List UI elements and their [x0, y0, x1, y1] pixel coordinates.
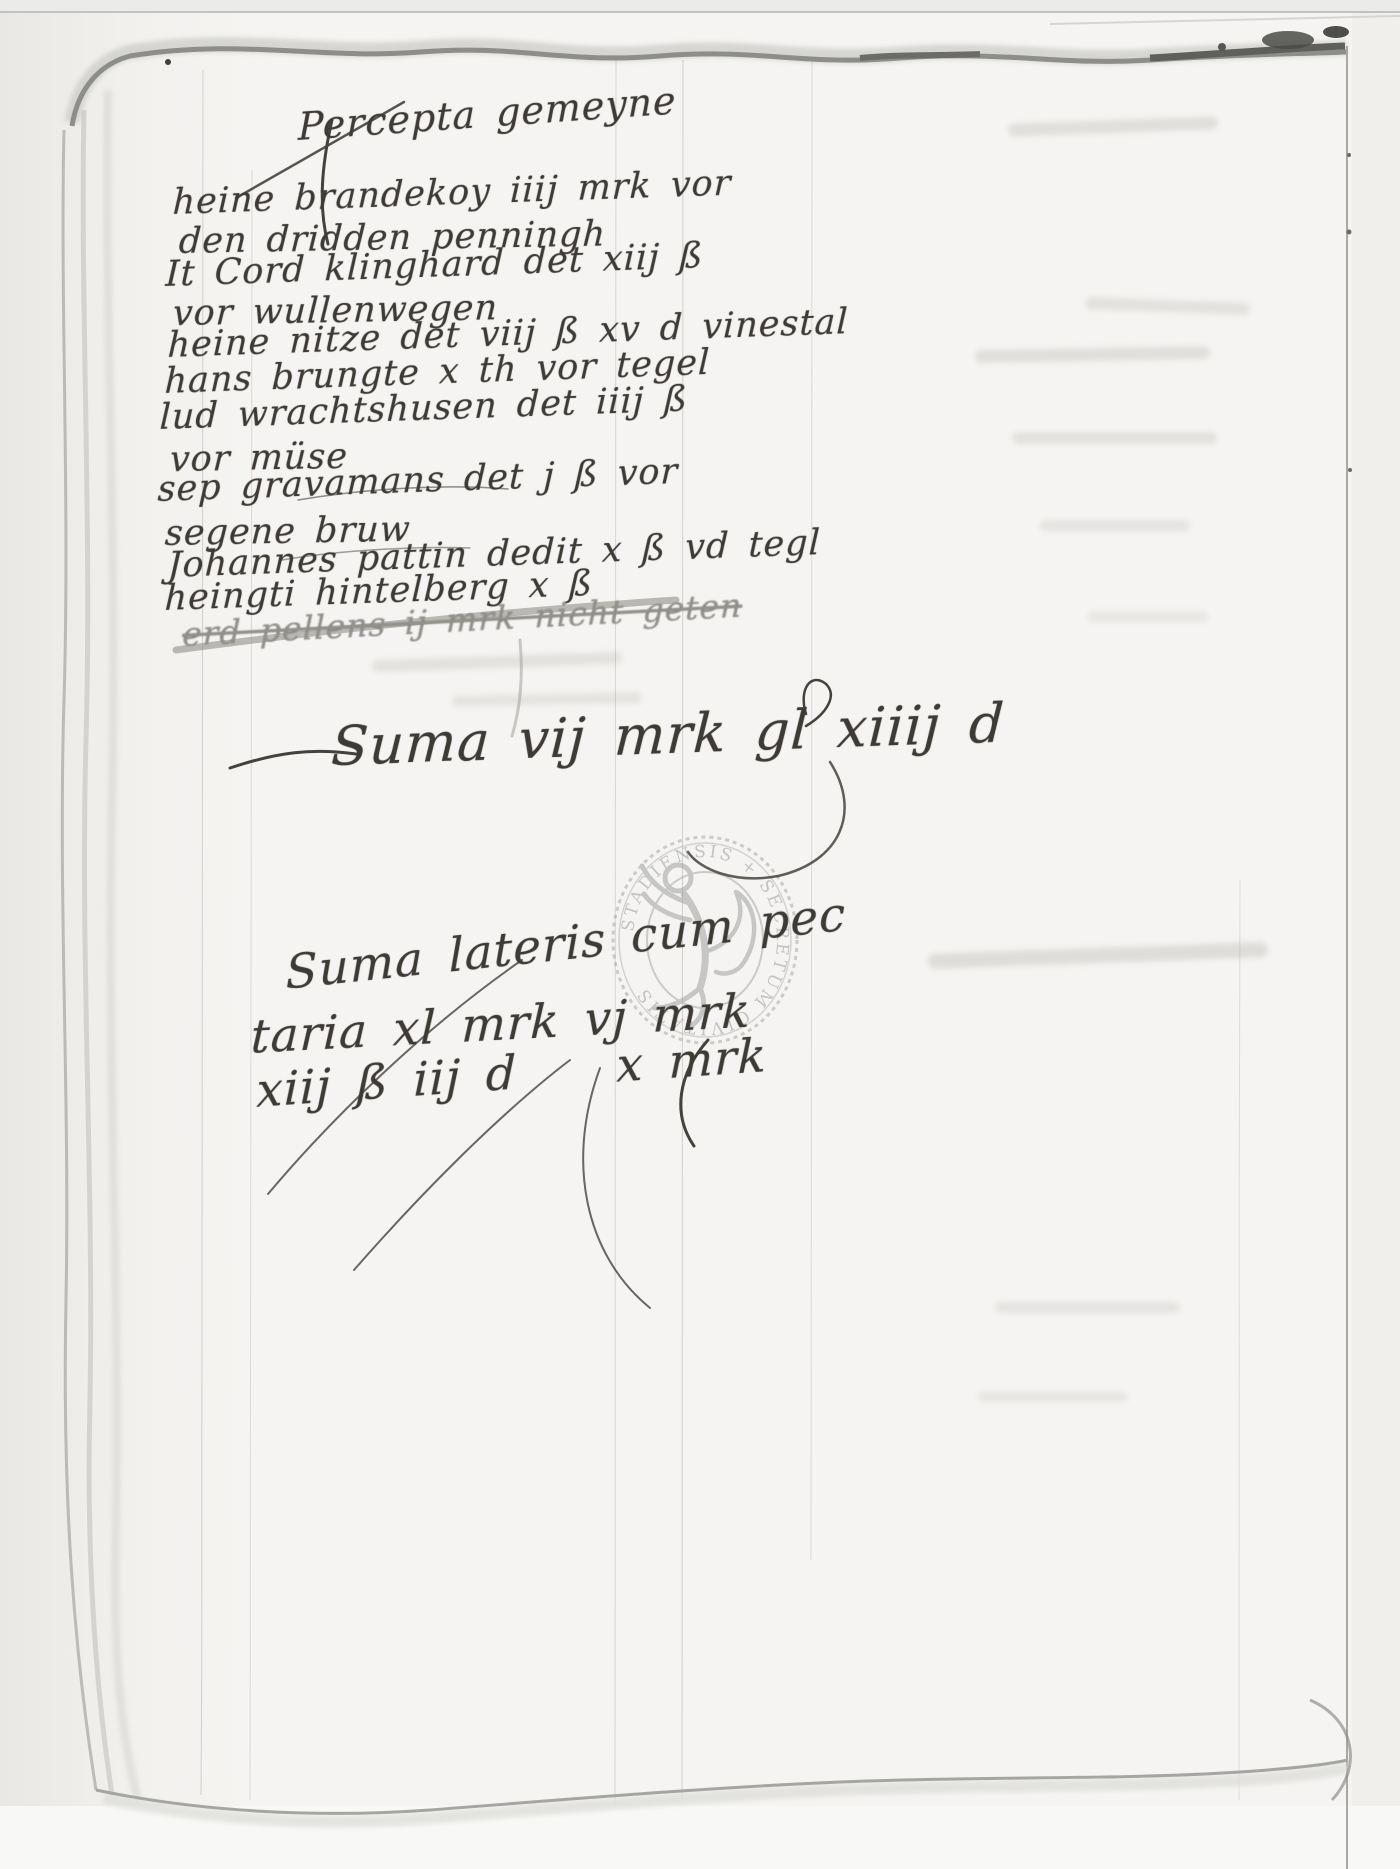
manuscript-line: heine brandekoy iiij mrk vor: [172, 166, 732, 221]
summa-line: Suma vij mrk gl xiiij d: [330, 696, 1006, 774]
manuscript-heading: Percepta gemeyne: [298, 81, 676, 146]
manuscript-scan-page: STADIENSIS + SECRETUM CIVITATIS: [0, 0, 1400, 1869]
summa-lateris-line: Suma lateris cum pec: [285, 891, 846, 997]
handwriting-layer: Percepta gemeyne heine brandekoy iiij mr…: [0, 0, 1400, 1869]
